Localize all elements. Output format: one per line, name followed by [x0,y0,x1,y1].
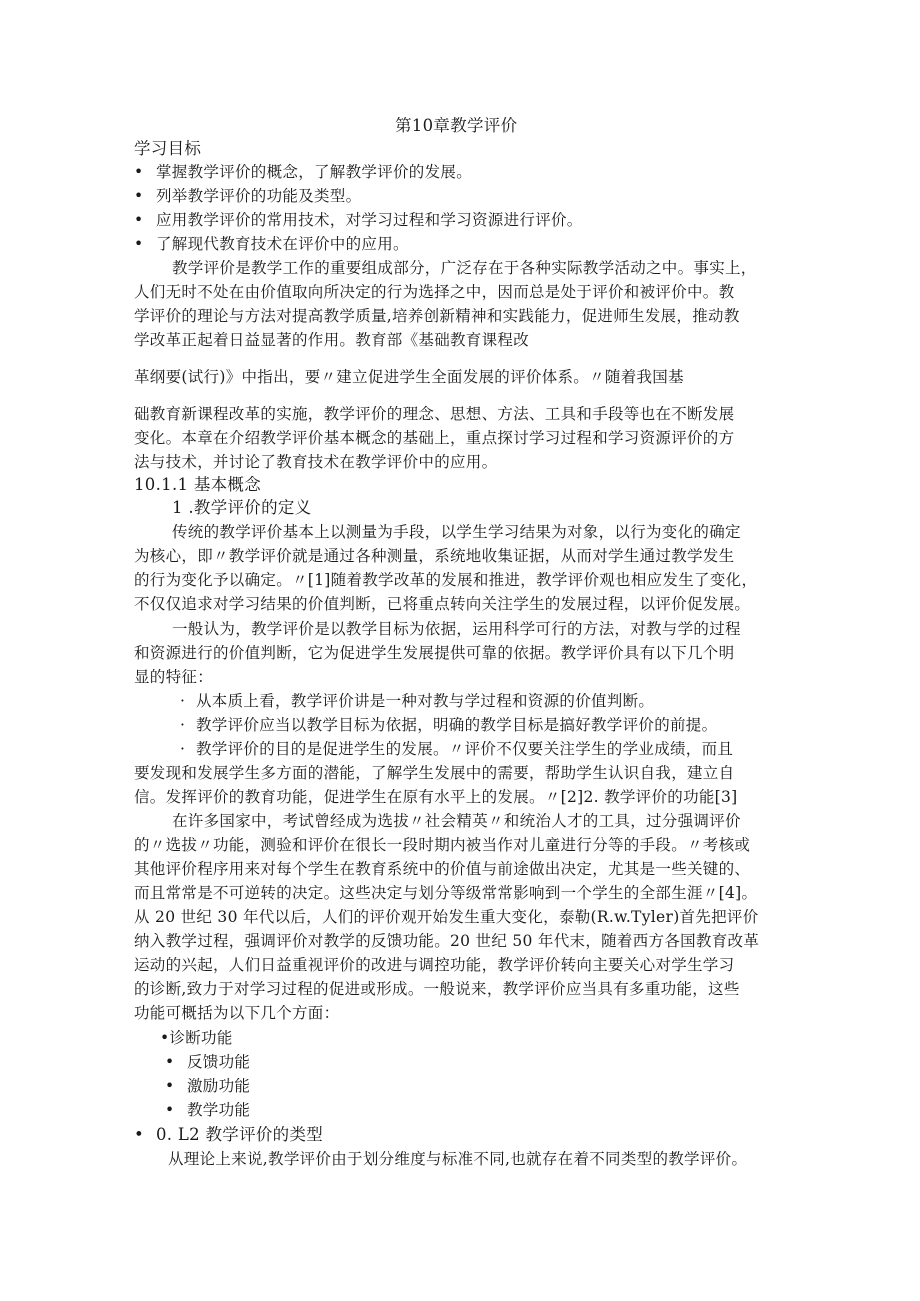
feature-item: ·教学评价应当以教学目标为依据，明确的教学目标是搞好教学评价的前提。 [180,714,717,736]
feature-paragraph-line: 要发现和发展学生多方面的潜能，了解学生发展中的需要，帮助学生认识自我，建立自 [134,762,734,784]
types-paragraph-line: 从理论上来说,教学评价由于划分维度与标准不同,也就存在着不同类型的教学评价。 [168,1148,747,1170]
objective-item: •了解现代教育技术在评价中的应用。 [134,233,409,255]
bullet-icon: • [134,1124,156,1146]
intro-paragraph-line: 人们无时不处在由价值取向所决定的行为选择之中，因而总是处于评价和被评价中。教 [134,281,734,303]
function-item: •诊断功能 [160,1027,233,1049]
function-paragraph-line: 从 20 世纪 30 年代以后，人们的评价观开始发生重大变化，泰勒(R.w.Ty… [134,906,759,928]
document-page: 第10章教学评价 学习目标 •掌握教学评价的概念，了解教学评价的发展。 •列举教… [0,0,920,1301]
intro-paragraph-line: 革纲要(试行)》中指出，要〃建立促进学生全面发展的评价体系。〃随着我国基 [134,366,684,388]
function-paragraph-line: 其他评价程序用来对每个学生在教育系统中的价值与前途做出决定，尤其是一些关键的、 [134,858,750,880]
intro-paragraph-line: 础教育新课程改革的实施，教学评价的理念、思想、方法、工具和手段等也在不断发展 [134,403,734,425]
chapter-title: 第10章教学评价 [395,115,517,137]
subsection-heading: 1 .教学评价的定义 [172,497,312,519]
general-paragraph-line: 一般认为，教学评价是以教学目标为依据，运用科学可行的方法，对教与学的过程 [172,618,741,640]
bullet-icon: · [180,690,196,712]
intro-paragraph-line: 学评价的理论与方法对提高教学质量,培养创新精神和实践能力，促进师生发展，推动教 [134,305,740,327]
definition-paragraph-line: 不仅仅追求对学习结果的价值判断，已将重点转向关注学生的发展过程，以评价促发展。 [134,593,750,615]
bullet-icon: · [180,714,196,736]
bullet-icon: • [134,209,156,231]
intro-paragraph-line: 法与技术，并讨论了教育技术在教学评价中的应用。 [134,451,497,473]
section-heading: •0. L2 教学评价的类型 [134,1124,323,1146]
objective-item: •掌握教学评价的概念，了解教学评价的发展。 [134,161,472,183]
bullet-icon: • [134,161,156,183]
function-item: •激励功能 [165,1075,250,1097]
function-paragraph-line: 的〃选拔〃功能，测验和评价在很长一段时期内被当作对儿童进行分等的手段。〃考核或 [134,834,750,856]
bullet-icon: • [165,1099,187,1121]
function-paragraph-line: 纳入教学过程，强调评价对教学的反馈功能。20 世纪 50 年代末，随着西方各国教… [134,930,759,952]
function-item: •教学功能 [165,1099,250,1121]
function-item: •反馈功能 [165,1051,250,1073]
bullet-icon: • [165,1051,187,1073]
definition-paragraph-line: 为核心，即〃教学评价就是通过各种测量，系统地收集证据，从而对学生通过教学发生 [134,545,734,567]
feature-item: ·教学评价的目的是促进学生的发展。〃评价不仅要关注学生的学业成绩，而且 [180,738,733,760]
objectives-heading: 学习目标 [134,138,201,160]
general-paragraph-line: 和资源进行的价值判断，它为促进学生发展提供可靠的依据。教学评价具有以下几个明 [134,642,734,664]
definition-paragraph-line: 的行为变化予以确定。〃[1]随着教学改革的发展和推进，教学评价观也相应发生了变化… [134,569,757,591]
intro-paragraph-line: 教学评价是教学工作的重要组成部分，广泛存在于各种实际教学活动之中。事实上， [172,257,757,279]
intro-paragraph-line: 变化。本章在介绍教学评价基本概念的基础上，重点探讨学习过程和学习资源评价的方 [134,427,734,449]
bullet-icon: • [134,185,156,207]
objective-item: •应用教学评价的常用技术，对学习过程和学习资源进行评价。 [134,209,583,231]
bullet-icon: • [165,1075,187,1097]
general-paragraph-line: 显的特征： [134,666,213,688]
function-paragraph-line: 而且常常是不可逆转的决定。这些决定与划分等级常常影响到一个学生的全部生涯〃[4]… [134,882,757,904]
function-paragraph-line: 运动的兴起，人们日益重视评价的改进与调控功能，教学评价转向主要关心对学生学习 [134,954,734,976]
feature-item: ·从本质上看，教学评价讲是一种对教与学过程和资源的价值判断。 [180,690,654,712]
objective-item: •列举教学评价的功能及类型。 [134,185,361,207]
function-paragraph-line: 功能可概括为以下几个方面： [134,1002,339,1024]
definition-paragraph-line: 传统的教学评价基本上以测量为手段，以学生学习结果为对象，以行为变化的确定 [172,521,741,543]
bullet-icon: • [134,233,156,255]
function-paragraph-line: 在许多国家中，考试曾经成为选拔〃社会精英〃和统治人才的工具，过分强调评价 [172,810,741,832]
feature-paragraph-line: 信。发挥评价的教育功能，促进学生在原有水平上的发展。〃[2]2. 教学评价的功能… [134,786,738,808]
function-paragraph-line: 的诊断,致力于对学习过程的促进或形成。一般说来，教学评价应当具有多重功能，这些 [134,978,740,1000]
bullet-icon: · [180,738,196,760]
intro-paragraph-line: 学改革正起着日益显著的作用。教育部《基础教育课程改 [134,329,529,351]
section-heading: 10.1.1 基本概念 [134,474,261,496]
